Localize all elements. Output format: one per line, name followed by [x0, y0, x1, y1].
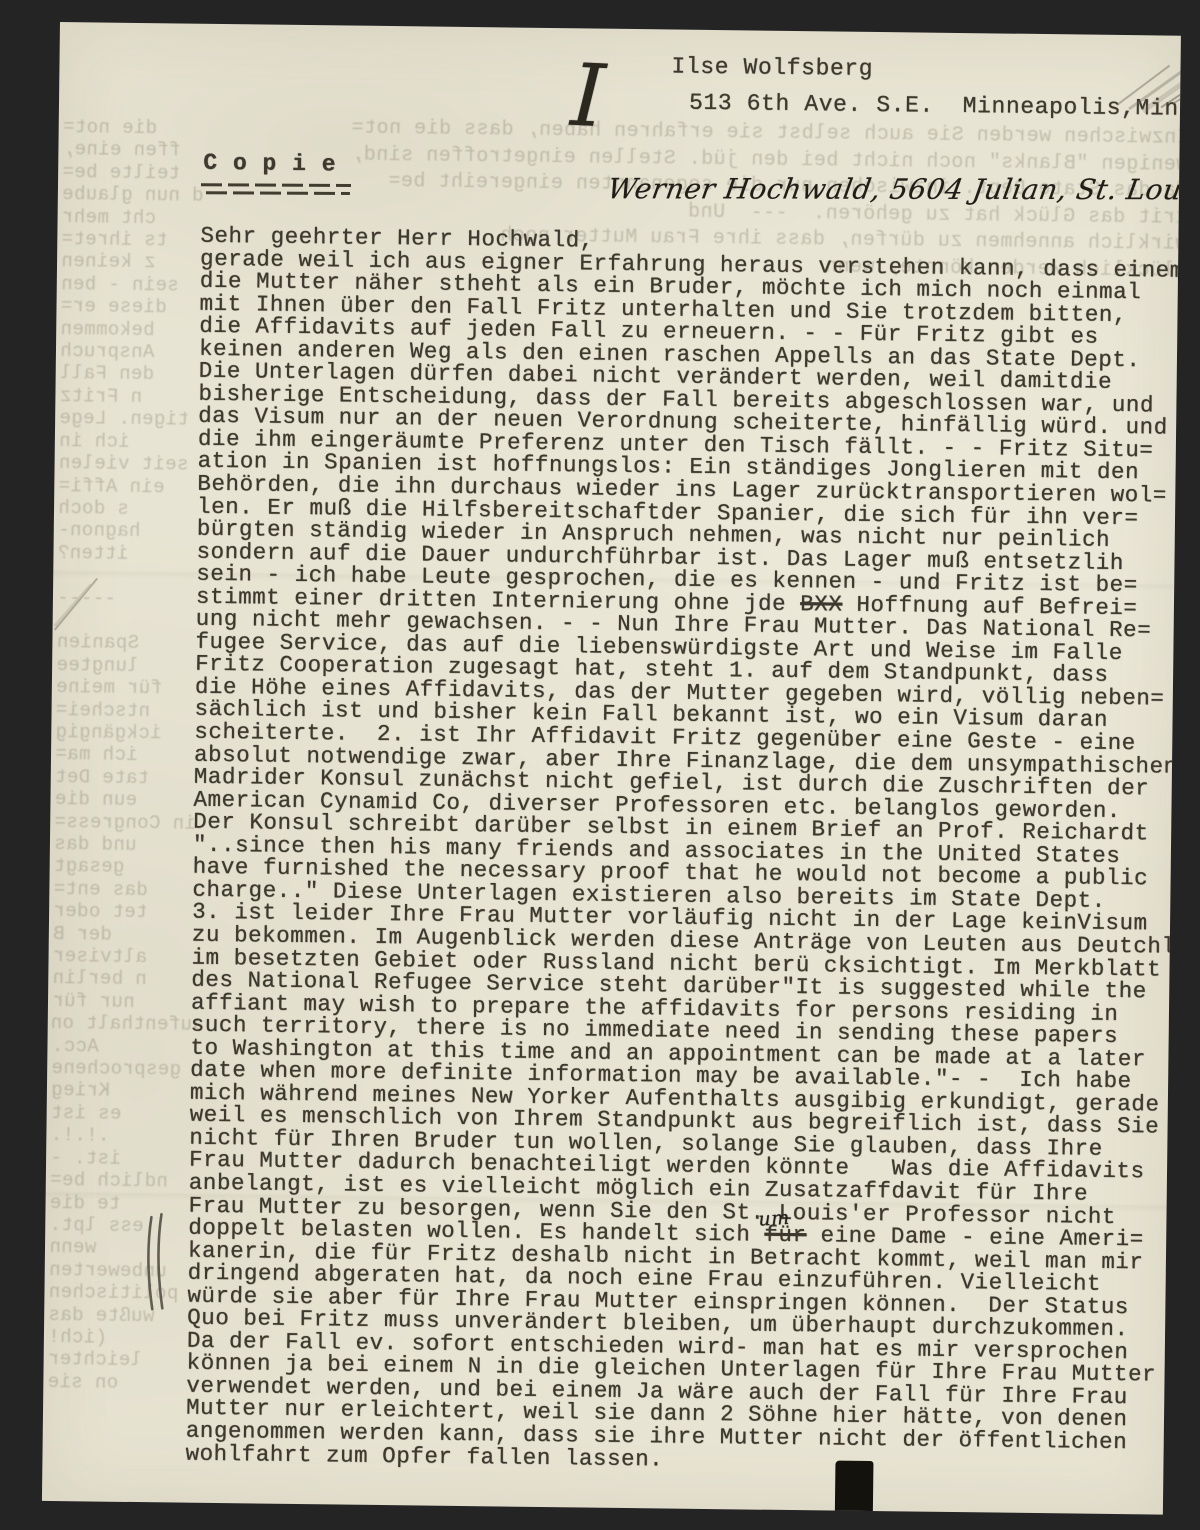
bleedthrough-line: n Fritz [59, 385, 211, 409]
handwritten-page-number: I [569, 46, 608, 147]
bleedthrough-line: gesagt [54, 855, 206, 879]
bleedthrough-line: ickgängig [55, 721, 207, 745]
bleedthrough-line: n berlin [52, 967, 204, 991]
bleedthrough-line: gesprochene [51, 1057, 203, 1081]
bleedthrough-line: on sie [47, 1371, 199, 1395]
bleedthrough-line: lungtee [56, 654, 208, 678]
margin-emphasis-mark [142, 1211, 171, 1315]
bleedthrough-line: der B [53, 923, 205, 947]
scan-notch [835, 1461, 874, 1515]
bleedthrough-line: politischen [48, 1281, 200, 1305]
letter-page: Inzwischen werden Sie auch selbst sie er… [42, 22, 1181, 1515]
bleedthrough-line: es ist [51, 1102, 203, 1126]
bleedthrough-line: teilte be= [62, 161, 214, 185]
bleedthrough-line: .!.!. [50, 1124, 202, 1148]
bleedthrough-line: Krieg [51, 1079, 203, 1103]
bleedthrough-line: wußte das [48, 1303, 200, 1327]
edge-crease [52, 568, 109, 639]
bleedthrough-line: das ent= [53, 878, 205, 902]
bleedthrough-line: unbewerten [49, 1259, 201, 1283]
bleedthrough-line: cht mehr [61, 206, 213, 230]
bleedthrough-line: ndlich be= [50, 1169, 202, 1193]
bleedthrough-line: aufenthalt on [52, 1012, 204, 1036]
sender-name: Ilse Wolfsberg [671, 53, 873, 81]
bleedthrough-line: in Congress= [54, 811, 206, 835]
bleedthrough-line: ffen eine, [62, 138, 214, 162]
bleedthrough-line: d nun glaube [62, 183, 214, 207]
bleedthrough-line: z keinen [61, 250, 213, 274]
bleedthrough-line: seit vielen [58, 452, 210, 476]
bleedthrough-line: ein Affi= [58, 475, 210, 499]
scan-background: { "document": { "page_label": "I", "copy… [0, 0, 1200, 1530]
bleedthrough-line: tigen. Lege [59, 407, 211, 431]
bleedthrough-line: Anspruch [60, 340, 212, 364]
bleedthrough-line: te die [49, 1191, 201, 1215]
pencil-smudge [1077, 46, 1181, 128]
copy-heading: C o p i e [203, 150, 337, 178]
bleedthrough-line: s doch [58, 497, 210, 521]
handwritten-correction: um [758, 1209, 759, 1232]
bleedthrough-line: eun die [54, 788, 206, 812]
bleedthrough-line: tet oder [53, 900, 205, 924]
bleedthrough-line: altviser [52, 945, 204, 969]
bleedthrough-line: ts ihret= [61, 228, 213, 252]
struck-text: BXX [800, 591, 842, 618]
bleedthrough-line: wenn [49, 1236, 201, 1260]
copy-heading-underline [201, 182, 351, 196]
bleedthrough-line: diese er= [60, 295, 212, 319]
bleedthrough-line: tate Det [55, 766, 207, 790]
bleedthrough-line: und das [54, 833, 206, 857]
bleedthrough-line: ist. - [50, 1147, 202, 1171]
bleedthrough-line: ich in [59, 430, 211, 454]
bleedthrough-line: für meine [56, 676, 208, 700]
bleedthrough-line: (ich! [48, 1326, 200, 1350]
bleedthrough-line: nur für [52, 990, 204, 1014]
bleedthrough-line: ntschei= [55, 699, 207, 723]
bleedthrough-line: ich ma= [55, 743, 207, 767]
bleedthrough-line: die not= [63, 116, 215, 140]
bleedthrough-line: itten? [57, 542, 209, 566]
handwritten-recipient-note: Werner Hochwald, 5604 Julian, St. Louis,… [605, 172, 1181, 206]
bleedthrough-line: bekommen [60, 318, 212, 342]
bleedthrough-line: Acc. [51, 1035, 203, 1059]
bleedthrough-line: hagnon- [58, 519, 210, 543]
bleedthrough-line: leichter [48, 1348, 200, 1372]
bleedthrough-line: den Fall [60, 362, 212, 386]
bleedthrough-line: ess lpt. [49, 1214, 201, 1238]
bleedthrough-line: sein - ben [61, 273, 213, 297]
letter-body: Sehr geehrter Herr Hochwald,gerade weil … [185, 225, 1181, 1477]
